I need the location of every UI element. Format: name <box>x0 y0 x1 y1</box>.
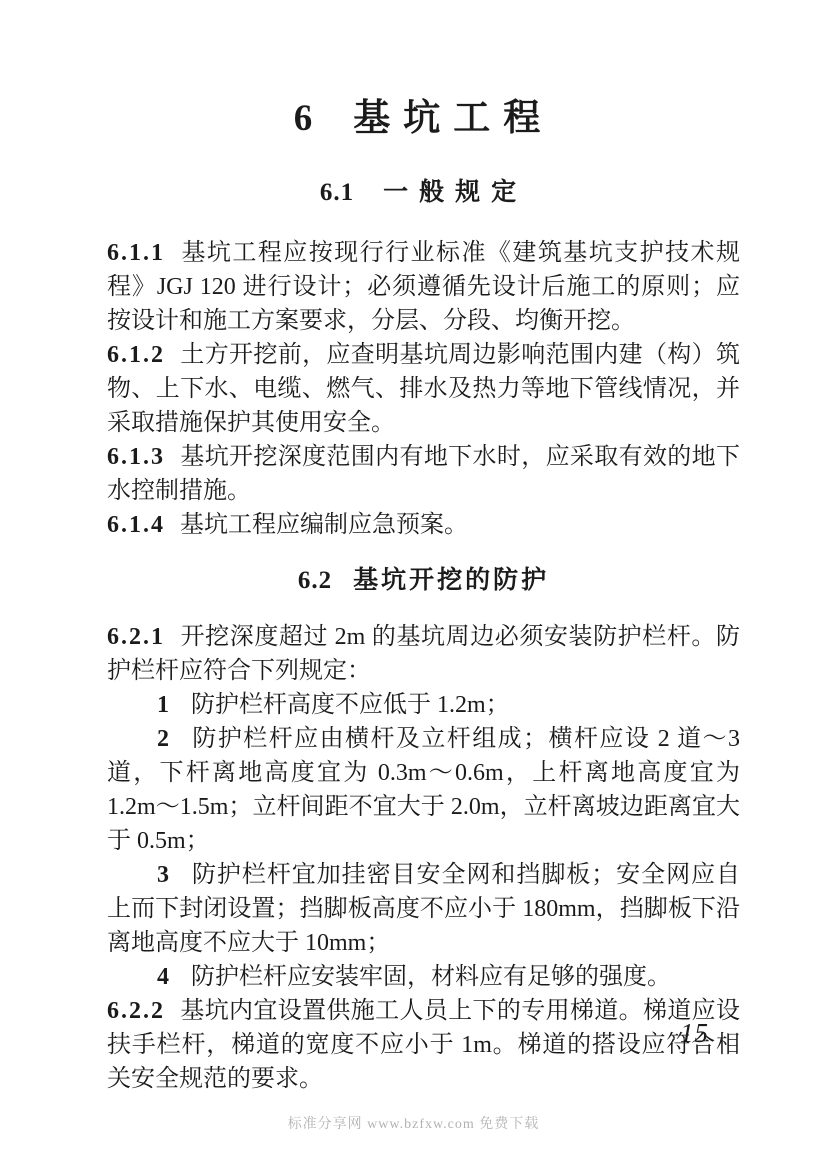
section-number-6-2: 6.2 <box>298 567 332 594</box>
clause-6-2-1-item-3: 3防护栏杆宜加挂密目安全网和挡脚板；安全网应自上而下封闭设置；挡脚板高度不应小于… <box>107 858 740 960</box>
section-6-2-body: 6.2.1开挖深度超过 2m 的基坑周边必须安装防护栏杆。防护栏杆应符合下列规定… <box>107 620 740 1096</box>
clause-text: 基坑工程应按现行行业标准《建筑基坑支护技术规程》JGJ 120 进行设计；必须遵… <box>107 240 740 334</box>
item-text: 防护栏杆应由横杆及立杆组成；横杆应设 2 道～3 道，下杆离地高度宜为 0.3m… <box>107 726 740 854</box>
clause-number: 6.2.2 <box>107 998 165 1024</box>
section-heading-6-1: 6.1一般规定 <box>107 178 740 208</box>
clause-6-2-2: 6.2.2基坑内宜设置供施工人员上下的专用梯道。梯道应设扶手栏杆，梯道的宽度不应… <box>107 994 740 1096</box>
section-number-6-1: 6.1 <box>320 179 354 206</box>
item-text: 防护栏杆应安装牢固，材料应有足够的强度。 <box>191 964 671 990</box>
chapter-title: 6基坑工程 <box>107 0 740 141</box>
clause-6-1-1: 6.1.1基坑工程应按现行行业标准《建筑基坑支护技术规程》JGJ 120 进行设… <box>107 236 740 338</box>
clause-6-1-2: 6.1.2土方开挖前，应查明基坑周边影响范围内建（构）筑物、上下水、电缆、燃气、… <box>107 338 740 440</box>
item-text: 防护栏杆高度不应低于 1.2m； <box>191 692 510 718</box>
item-number: 2 <box>157 726 169 752</box>
clause-text: 土方开挖前，应查明基坑周边影响范围内建（构）筑物、上下水、电缆、燃气、排水及热力… <box>107 342 740 436</box>
section-heading-6-2: 6.2基坑开挖的防护 <box>107 566 740 596</box>
item-number: 4 <box>157 964 169 990</box>
page-number: 15 <box>680 1018 709 1049</box>
clause-text: 基坑开挖深度范围内有地下水时，应采取有效的地下水控制措施。 <box>107 444 740 504</box>
clause-number: 6.1.2 <box>107 342 165 368</box>
clause-6-2-1-item-2: 2防护栏杆应由横杆及立杆组成；横杆应设 2 道～3 道，下杆离地高度宜为 0.3… <box>107 722 740 858</box>
item-number: 3 <box>157 862 169 888</box>
chapter-title-text: 基坑工程 <box>353 98 553 139</box>
clause-number: 6.1.4 <box>107 512 165 538</box>
page-content: 6基坑工程 6.1一般规定 6.1.1基坑工程应按现行行业标准《建筑基坑支护技术… <box>107 0 740 1096</box>
clause-6-2-1-item-1: 1防护栏杆高度不应低于 1.2m； <box>107 688 740 722</box>
clause-text: 开挖深度超过 2m 的基坑周边必须安装防护栏杆。防护栏杆应符合下列规定： <box>107 624 740 684</box>
item-number: 1 <box>157 692 169 718</box>
item-text: 防护栏杆宜加挂密目安全网和挡脚板；安全网应自上而下封闭设置；挡脚板高度不应小于 … <box>107 862 740 956</box>
clause-number: 6.1.3 <box>107 444 165 470</box>
clause-6-1-3: 6.1.3基坑开挖深度范围内有地下水时，应采取有效的地下水控制措施。 <box>107 440 740 508</box>
document-page: 6基坑工程 6.1一般规定 6.1.1基坑工程应按现行行业标准《建筑基坑支护技术… <box>0 0 827 1152</box>
clause-6-2-1: 6.2.1开挖深度超过 2m 的基坑周边必须安装防护栏杆。防护栏杆应符合下列规定… <box>107 620 740 688</box>
clause-text: 基坑工程应编制应急预案。 <box>180 512 468 538</box>
clause-number: 6.1.1 <box>107 240 165 266</box>
section-title-6-1: 一般规定 <box>383 179 527 206</box>
section-title-6-2: 基坑开挖的防护 <box>353 567 549 594</box>
clause-6-1-4: 6.1.4基坑工程应编制应急预案。 <box>107 508 740 542</box>
watermark: 标准分享网 www.bzfxw.com 免费下载 <box>0 1113 827 1133</box>
clause-number: 6.2.1 <box>107 624 165 650</box>
clause-6-2-1-item-4: 4防护栏杆应安装牢固，材料应有足够的强度。 <box>107 960 740 994</box>
section-6-1-body: 6.1.1基坑工程应按现行行业标准《建筑基坑支护技术规程》JGJ 120 进行设… <box>107 236 740 542</box>
clause-text: 基坑内宜设置供施工人员上下的专用梯道。梯道应设扶手栏杆，梯道的宽度不应小于 1m… <box>107 998 740 1092</box>
chapter-number: 6 <box>294 98 313 139</box>
